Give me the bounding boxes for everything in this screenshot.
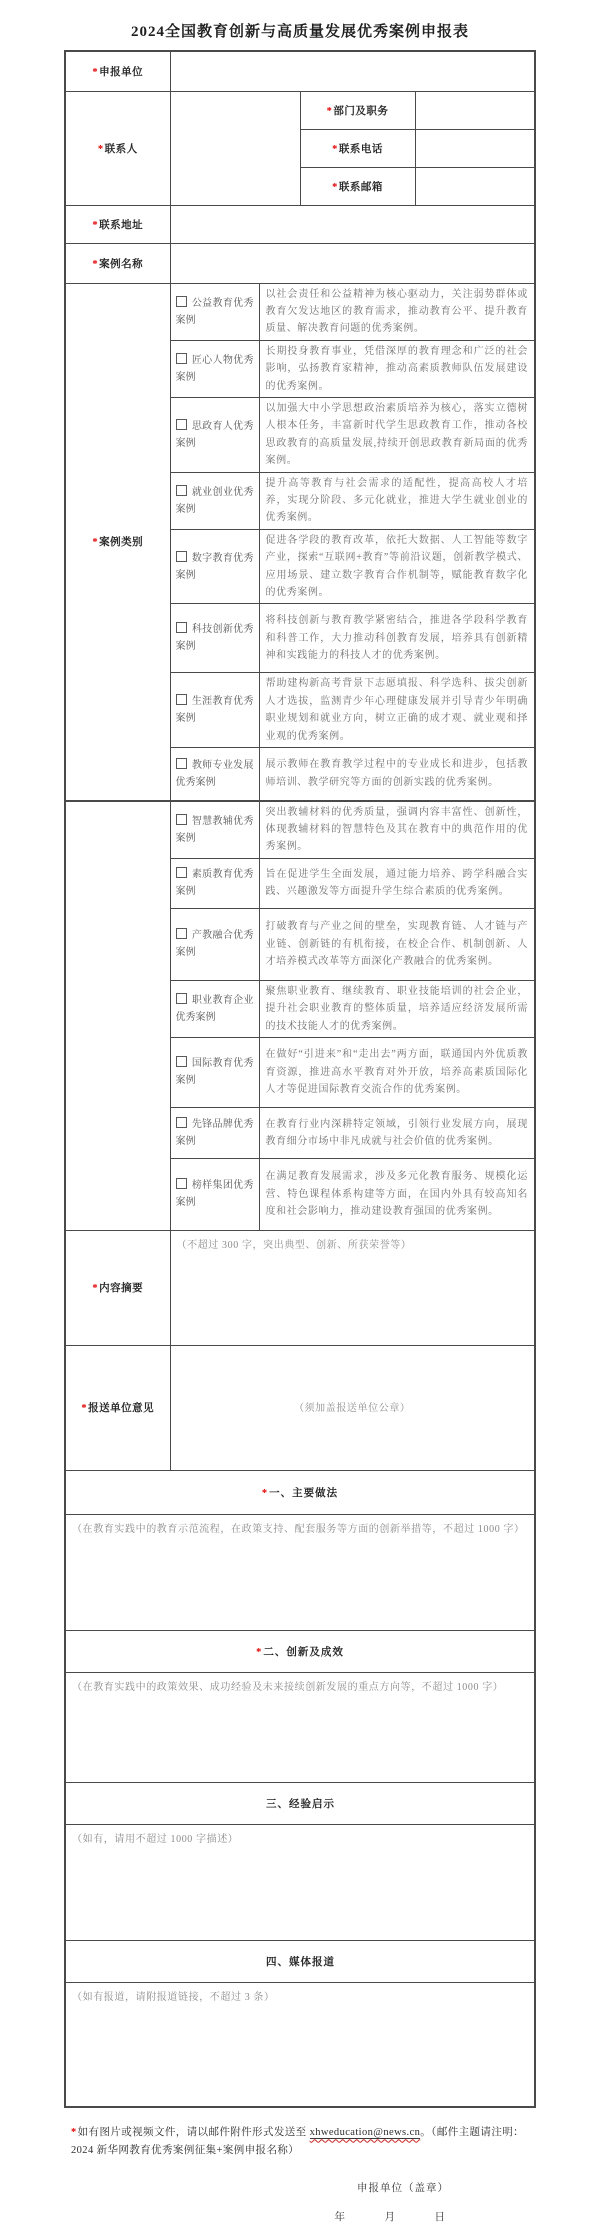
category-desc: 长期投身教育事业，凭借深厚的教育理念和广泛的社会影响，弘扬教育家精神，推动高素质…	[259, 340, 535, 397]
page-title: 2024全国教育创新与高质量发展优秀案例申报表	[40, 20, 560, 41]
field-label-address: *联系地址	[65, 205, 170, 243]
field-label-category: *案例类别	[65, 283, 170, 801]
section-content-experience-insights[interactable]: （如有，请用不超过 1000 字描述）	[65, 1824, 535, 1940]
category-desc: 以社会责任和公益精神为核心驱动力，关注弱势群体或教育欠发达地区的教育需求，推动教…	[259, 283, 535, 340]
category-desc: 聚焦职业教育、继续教育、职业技能培训的社会企业，提升社会职业教育的整体质量，培养…	[259, 980, 535, 1037]
field-label-phone: *联系电话	[300, 129, 415, 167]
unit-input-cell[interactable]	[170, 51, 535, 91]
category-option-gongyi: 公益教育优秀案例	[170, 283, 259, 340]
category-checkbox[interactable]	[176, 1056, 187, 1067]
contact-name-input-cell[interactable]	[170, 91, 300, 205]
section-content-innovation-results[interactable]: （在教育实践中的政策效果、成功经验及未来接续创新发展的重点方向等，不超过 100…	[65, 1672, 535, 1782]
category-label: 就业创业优秀案例	[176, 487, 254, 515]
category-label: 思政育人优秀案例	[176, 421, 254, 449]
category-label: 教师专业发展优秀案例	[176, 760, 254, 788]
field-label-opinion: *报送单位意见	[65, 1345, 170, 1470]
category-desc: 打破教育与产业之间的壁垒，实现教育链、人才链与产业链、创新链的有机衔接，在校企合…	[259, 908, 535, 980]
field-label-case-name: *案例名称	[65, 243, 170, 283]
required-asterisk: *	[256, 1647, 262, 1658]
category-checkbox[interactable]	[176, 551, 187, 562]
field-label-summary: *内容摘要	[65, 1230, 170, 1345]
category-checkbox[interactable]	[176, 1178, 187, 1189]
section-hint: （如有报道，请附报道链接，不超过 3 条）	[72, 1992, 275, 2003]
category-label: 国际教育优秀案例	[176, 1058, 254, 1086]
category-checkbox[interactable]	[176, 867, 187, 878]
category-label: 职业教育企业优秀案例	[176, 995, 254, 1023]
category-label: 素质教育优秀案例	[176, 869, 254, 897]
category-desc: 突出教辅材料的优秀质量，强调内容丰富性、创新性，体现教辅材料的智慧特色及其在教育…	[259, 801, 535, 859]
field-label-unit: *申报单位	[65, 51, 170, 91]
opinion-hint: （须加盖报送单位公章）	[294, 1403, 411, 1414]
category-label: 先锋品牌优秀案例	[176, 1119, 254, 1147]
category-checkbox[interactable]	[176, 296, 187, 307]
category-option-bangyang: 榜样集团优秀案例	[170, 1158, 259, 1230]
category-option-chanjiao: 产教融合优秀案例	[170, 908, 259, 980]
category-label: 智慧教辅优秀案例	[176, 816, 254, 844]
category-checkbox[interactable]	[176, 622, 187, 633]
required-asterisk: *	[262, 1488, 268, 1499]
category-checkbox[interactable]	[176, 419, 187, 430]
section-content-main-practices[interactable]: （在教育实践中的教育示范流程，在政策支持、配套服务等方面的创新举措等，不超过 1…	[65, 1514, 535, 1630]
category-option-shengya: 生涯教育优秀案例	[170, 673, 259, 748]
required-asterisk: *	[327, 106, 333, 117]
application-form-table: *申报单位 *联系人 *部门及职务 *联系电话 *联系邮箱 *联系地址 *案例名…	[64, 50, 536, 2108]
category-option-xianfeng: 先锋品牌优秀案例	[170, 1107, 259, 1158]
category-checkbox[interactable]	[176, 758, 187, 769]
category-option-jiuye: 就业创业优秀案例	[170, 472, 259, 529]
signature-block: 申报单位（盖章） 年 月 日	[65, 2180, 535, 2224]
required-asterisk: *	[71, 2127, 77, 2138]
category-desc: 将科技创新与教育教学紧密结合，推进各学段科学教育和科普工作，大力推动科创教育发展…	[259, 604, 535, 673]
field-label-contact: *联系人	[65, 91, 170, 205]
field-label-email: *联系邮箱	[300, 167, 415, 205]
category-checkbox[interactable]	[176, 485, 187, 496]
category-option-keji: 科技创新优秀案例	[170, 604, 259, 673]
category-label-continuation-cell	[65, 801, 170, 1231]
category-checkbox[interactable]	[176, 814, 187, 825]
category-checkbox[interactable]	[176, 353, 187, 364]
category-option-guoji: 国际教育优秀案例	[170, 1037, 259, 1107]
category-option-jiaoshi: 教师专业发展优秀案例	[170, 748, 259, 801]
category-desc: 在满足教育发展需求，涉及多元化教育服务、规模化运营、特色课程体系构建等方面，在国…	[259, 1158, 535, 1230]
category-checkbox[interactable]	[176, 1117, 187, 1128]
email-input-cell[interactable]	[415, 167, 535, 205]
signature-unit-line: 申报单位（盖章）	[65, 2180, 535, 2195]
category-label: 榜样集团优秀案例	[176, 1180, 254, 1208]
category-label: 公益教育优秀案例	[176, 298, 254, 326]
category-option-jiangxin: 匠心人物优秀案例	[170, 340, 259, 397]
category-label: 科技创新优秀案例	[176, 624, 254, 652]
section-hint: （如有，请用不超过 1000 字描述）	[72, 1834, 238, 1845]
summary-input-cell[interactable]: （不超过 300 字，突出典型、创新、所获荣誉等）	[170, 1230, 535, 1345]
required-asterisk: *	[98, 144, 104, 155]
address-input-cell[interactable]	[170, 205, 535, 243]
summary-hint: （不超过 300 字，突出典型、创新、所获荣誉等）	[177, 1240, 412, 1251]
category-option-suzhi: 素质教育优秀案例	[170, 858, 259, 908]
dept-input-cell[interactable]	[415, 91, 535, 129]
category-desc: 展示教师在教育教学过程中的专业成长和进步，包括教师培训、教学研究等方面的创新实践…	[259, 748, 535, 801]
required-asterisk: *	[92, 1283, 98, 1294]
category-label: 数字教育优秀案例	[176, 553, 254, 581]
category-checkbox[interactable]	[176, 993, 187, 1004]
phone-input-cell[interactable]	[415, 129, 535, 167]
category-label: 生涯教育优秀案例	[176, 696, 254, 724]
category-desc: 促进各学段的教育改革，依托大数据、人工智能等数字产业，探索“互联网+教育”等前沿…	[259, 529, 535, 604]
category-option-shuzi: 数字教育优秀案例	[170, 529, 259, 604]
category-label: 产教融合优秀案例	[176, 930, 254, 958]
required-asterisk: *	[92, 537, 98, 548]
category-desc: 在做好“引进来”和“走出去”两方面，联通国内外优质教育资源，推进高水平教育对外开…	[259, 1037, 535, 1107]
category-option-sizheng: 思政育人优秀案例	[170, 397, 259, 472]
contact-email-link[interactable]: xhweducation@news.cn	[310, 2127, 421, 2139]
category-desc: 以加强大中小学思想政治素质培养为核心，落实立德树人根本任务，丰富新时代学生思政教…	[259, 397, 535, 472]
category-checkbox[interactable]	[176, 694, 187, 705]
required-asterisk: *	[81, 1403, 87, 1414]
category-option-zhihui: 智慧教辅优秀案例	[170, 801, 259, 859]
section-header-media-coverage: 四、媒体报道	[65, 1940, 535, 1982]
required-asterisk: *	[332, 182, 338, 193]
category-checkbox[interactable]	[176, 928, 187, 939]
opinion-input-cell[interactable]: （须加盖报送单位公章）	[170, 1345, 535, 1470]
required-asterisk: *	[92, 259, 98, 270]
required-asterisk: *	[92, 67, 98, 78]
attachment-note: *如有图片或视频文件，请以邮件附件形式发送至 xhweducation@news…	[71, 2124, 529, 2160]
category-label: 匠心人物优秀案例	[176, 355, 254, 383]
section-hint: （在教育实践中的教育示范流程，在政策支持、配套服务等方面的创新举措等，不超过 1…	[72, 1524, 525, 1535]
section-hint: （在教育实践中的政策效果、成功经验及未来接续创新发展的重点方向等，不超过 100…	[72, 1682, 503, 1693]
category-desc: 提升高等教育与社会需求的适配性，提高高校人才培养，实现分阶段、多元化就业，推进大…	[259, 472, 535, 529]
case-name-input-cell[interactable]	[170, 243, 535, 283]
category-desc: 帮助建构新高考背景下志愿填报、科学选科、拔尖创新人才选拔，监测青少年心理健康发展…	[259, 673, 535, 748]
section-content-media-coverage[interactable]: （如有报道，请附报道链接，不超过 3 条）	[65, 1982, 535, 2107]
section-header-experience-insights: 三、经验启示	[65, 1782, 535, 1824]
signature-date-line: 年 月 日	[65, 2209, 535, 2224]
category-desc: 旨在促进学生全面发展，通过能力培养、跨学科融合实践、兴趣激发等方面提升学生综合素…	[259, 858, 535, 908]
category-desc: 在教育行业内深耕特定领域，引领行业发展方向，展现教育细分市场中非凡成就与社会价值…	[259, 1107, 535, 1158]
required-asterisk: *	[92, 220, 98, 231]
field-label-dept: *部门及职务	[300, 91, 415, 129]
section-header-innovation-results: *二、创新及成效	[65, 1630, 535, 1672]
required-asterisk: *	[332, 144, 338, 155]
category-option-zhiye: 职业教育企业优秀案例	[170, 980, 259, 1037]
section-header-main-practices: *一、主要做法	[65, 1470, 535, 1514]
